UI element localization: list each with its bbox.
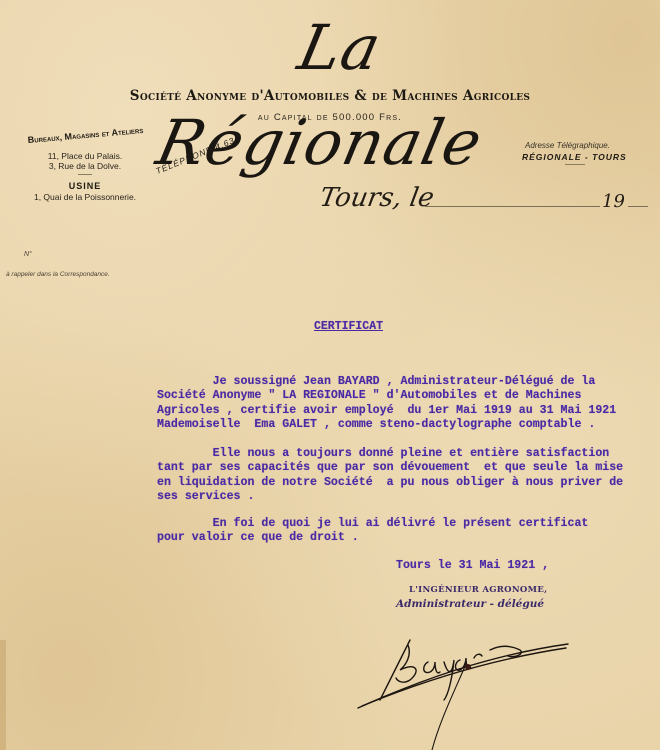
date-year-line	[628, 206, 648, 207]
office-address-2: 3, Rue de la Dolve.	[10, 161, 160, 171]
offices-title: Bureaux, Magasins et Ateliers	[18, 124, 153, 146]
address-divider	[78, 174, 92, 175]
stamp-role-subtitle: Administrateur - délégué	[396, 598, 544, 610]
certificate-paragraph-2: Elle nous a toujours donné pleine et ent…	[157, 447, 623, 504]
certificate-paragraph-3: En foi de quoi je lui ai délivré le prés…	[157, 517, 588, 546]
letterhead-capital: au Capital de 500.000 Frs.	[170, 112, 490, 123]
factory-address: 1, Quai de la Poissonnerie.	[10, 192, 160, 202]
reference-note: à rappeler dans la Correspondance.	[6, 271, 110, 278]
certificate-paragraph-1: Je soussigné Jean BAYARD , Administrateu…	[157, 375, 616, 432]
signing-date: Tours le 31 Mai 1921 ,	[396, 559, 549, 573]
telegraphic-divider	[565, 164, 585, 165]
office-address-1: 11, Place du Palais.	[10, 151, 160, 161]
date-blank-line	[425, 206, 600, 207]
letterhead-brand: La Régionale	[140, 0, 540, 95]
letterhead-company-name: Société Anonyme d'Automobiles & de Machi…	[100, 88, 560, 104]
date-place: Tours, le	[317, 183, 436, 213]
signature-icon	[340, 620, 580, 750]
reference-number-label: N°	[24, 251, 32, 258]
date-year-prefix: 19	[602, 191, 625, 212]
stamp-role-title: L'INGÉNIEUR AGRONOME,	[409, 585, 547, 595]
signature	[340, 620, 580, 750]
certificate-title: CERTIFICAT	[314, 320, 383, 334]
factory-title: USINE	[10, 181, 160, 191]
telegraphic-address-value: RÉGIONALE - TOURS	[522, 152, 627, 162]
telegraphic-address-label: Adresse Télégraphique.	[525, 141, 610, 150]
paper-edge-stain	[0, 640, 6, 750]
